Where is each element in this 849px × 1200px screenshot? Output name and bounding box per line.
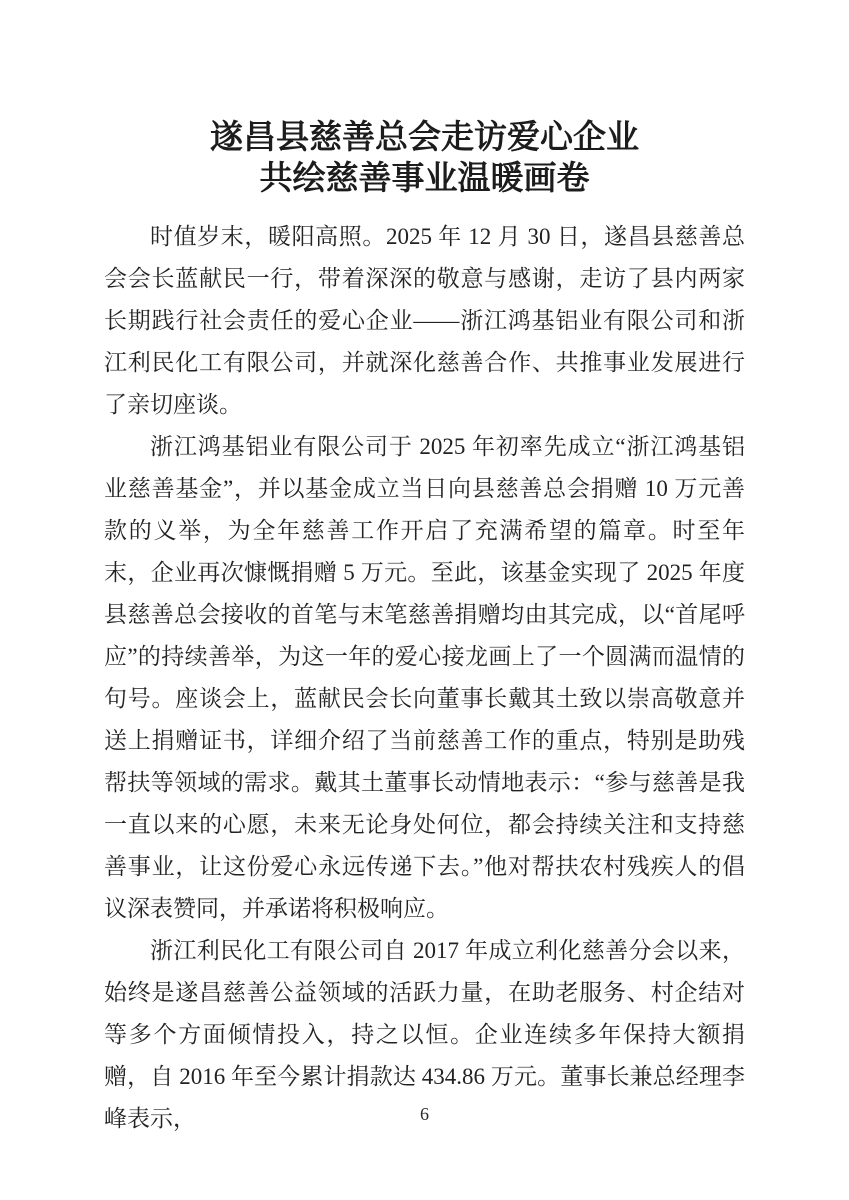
document-page: 遂昌县慈善总会走访爱心企业 共绘慈善事业温暖画卷 时值岁末，暖阳高照。2025 … [0,0,849,1200]
title-line-2: 共绘慈善事业温暖画卷 [0,157,849,198]
paragraph-1: 时值岁末，暖阳高照。2025 年 12 月 30 日，遂昌县慈善总会会长蓝献民一… [104,216,745,426]
document-body: 时值岁末，暖阳高照。2025 年 12 月 30 日，遂昌县慈善总会会长蓝献民一… [104,216,745,1140]
page-footer: 6 [0,1102,849,1126]
page-number: 6 [420,1104,429,1124]
paragraph-2: 浙江鸿基铝业有限公司于 2025 年初率先成立“浙江鸿基铝业慈善基金”，并以基金… [104,426,745,930]
title-line-1: 遂昌县慈善总会走访爱心企业 [0,116,849,157]
document-title: 遂昌县慈善总会走访爱心企业 共绘慈善事业温暖画卷 [0,116,849,198]
